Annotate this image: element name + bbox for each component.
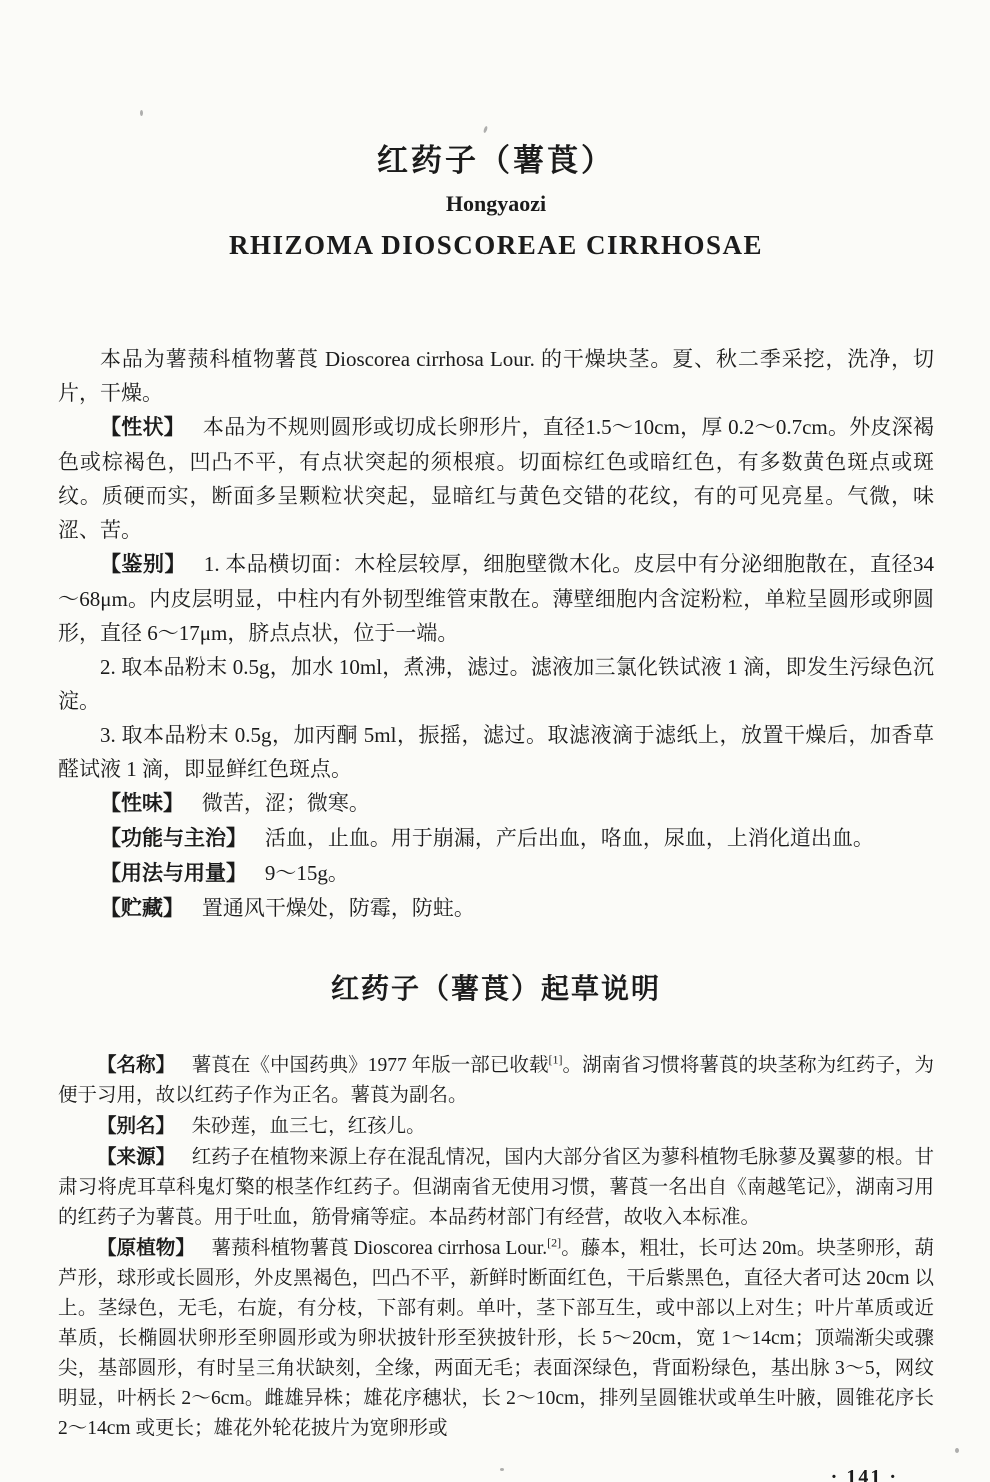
page-number: · 141 ·	[831, 1466, 898, 1482]
intro-paragraph: 本品为薯蓣科植物薯莨 Dioscorea cirrhosa Lour. 的干燥块…	[58, 342, 934, 410]
entry-text: 朱砂莲，血三七，红孩儿。	[192, 1116, 426, 1137]
entry-label: 【性味】	[100, 792, 184, 815]
monograph-section: 本品为薯蓣科植物薯莨 Dioscorea cirrhosa Lour. 的干燥块…	[58, 342, 934, 926]
entry-functions-indications: 【功能与主治】活血，止血。用于崩漏，产后出血，咯血，尿血，上消化道出血。	[58, 821, 934, 856]
entry-source: 【来源】红药子在植物来源上存在混乱情况，国内大部分省区为蓼科植物毛脉蓼及翼蓼的根…	[58, 1142, 934, 1233]
entry-text: 红药子在植物来源上存在混乱情况，国内大部分省区为蓼科植物毛脉蓼及翼蓼的根。甘肃习…	[58, 1147, 934, 1228]
entry-storage: 【贮藏】置通风干燥处，防霉，防蛀。	[58, 891, 934, 926]
explanation-section: 【名称】薯莨在《中国药典》1977 年版一部已收载[1]。湖南省习惯将薯莨的块茎…	[58, 1050, 934, 1444]
entry-text: 。藤本，粗壮，长可达 20m。块茎卵形，葫芦形，球形或长圆形，外皮黑褐色，凹凸不…	[58, 1238, 934, 1439]
entry-label: 【来源】	[97, 1146, 175, 1168]
entry-original-plant: 【原植物】薯蓣科植物薯莨 Dioscorea cirrhosa Lour.[2]…	[58, 1233, 934, 1444]
explanation-heading: 红药子（薯莨）起草说明	[58, 972, 934, 1008]
scan-speck	[483, 126, 488, 134]
entry-identification: 【鉴别】1. 本品横切面：木栓层较厚，细胞壁微木化。皮层中有分泌细胞散在，直径3…	[58, 547, 934, 650]
title-chinese: 红药子（薯莨）	[58, 143, 934, 179]
entry-text: 薯蓣科植物薯莨 Dioscorea cirrhosa Lour.	[212, 1238, 548, 1259]
page-footer: · 141 ·	[58, 1466, 934, 1482]
title-block: 红药子（薯莨） Hongyaozi RHIZOMA DIOSCOREAE CIR…	[58, 143, 934, 260]
entry-text: 置通风干燥处，防霉，防蛀。	[202, 896, 475, 920]
entry-text: 薯莨在《中国药典》1977 年版一部已收载	[192, 1055, 549, 1076]
scan-speck	[140, 110, 143, 116]
entry-identification-3: 3. 取本品粉末 0.5g，加丙酮 5ml，振摇，滤过。取滤液滴于滤纸上，放置干…	[58, 718, 934, 786]
entry-text: 3. 取本品粉末 0.5g，加丙酮 5ml，振摇，滤过。取滤液滴于滤纸上，放置干…	[58, 723, 934, 781]
entry-name: 【名称】薯莨在《中国药典》1977 年版一部已收载[1]。湖南省习惯将薯莨的块茎…	[58, 1050, 934, 1111]
entry-text: 2. 取本品粉末 0.5g，加水 10ml，煮沸，滤过。滤液加三氯化铁试液 1 …	[58, 655, 934, 713]
entry-label: 【功能与主治】	[100, 827, 247, 850]
entry-label: 【名称】	[97, 1054, 175, 1076]
title-latin: RHIZOMA DIOSCOREAE CIRRHOSAE	[58, 230, 934, 260]
entry-identification-2: 2. 取本品粉末 0.5g，加水 10ml，煮沸，滤过。滤液加三氯化铁试液 1 …	[58, 650, 934, 718]
citation-superscript: [1]	[549, 1053, 563, 1067]
entry-label: 【原植物】	[97, 1237, 195, 1259]
scan-speck	[955, 1448, 959, 1453]
entry-text: 本品为不规则圆形或切成长卵形片，直径1.5～10cm，厚 0.2～0.7cm。外…	[58, 415, 934, 542]
entry-alias: 【别名】朱砂莲，血三七，红孩儿。	[58, 1111, 934, 1142]
entry-label: 【用法与用量】	[100, 862, 247, 885]
entry-text: 9～15g。	[265, 861, 349, 885]
entry-label: 【性状】	[100, 416, 185, 439]
entry-description: 【性状】本品为不规则圆形或切成长卵形片，直径1.5～10cm，厚 0.2～0.7…	[58, 410, 934, 547]
entry-text: 活血，止血。用于崩漏，产后出血，咯血，尿血，上消化道出血。	[265, 826, 874, 850]
entry-label: 【别名】	[97, 1115, 175, 1137]
entry-text: 微苦，涩；微寒。	[202, 791, 370, 815]
scan-speck	[500, 1468, 504, 1471]
entry-label: 【鉴别】	[100, 553, 186, 576]
entry-usage-dosage: 【用法与用量】9～15g。	[58, 856, 934, 891]
document-page: 红药子（薯莨） Hongyaozi RHIZOMA DIOSCOREAE CIR…	[0, 0, 990, 1482]
citation-superscript: [2]	[547, 1236, 561, 1250]
intro-text: 本品为薯蓣科植物薯莨 Dioscorea cirrhosa Lour. 的干燥块…	[58, 347, 934, 405]
title-pinyin: Hongyaozi	[58, 192, 934, 216]
entry-text: 1. 本品横切面：木栓层较厚，细胞壁微木化。皮层中有分泌细胞散在，直径34～68…	[58, 552, 934, 645]
entry-label: 【贮藏】	[100, 897, 184, 920]
entry-property-flavor: 【性味】微苦，涩；微寒。	[58, 786, 934, 821]
